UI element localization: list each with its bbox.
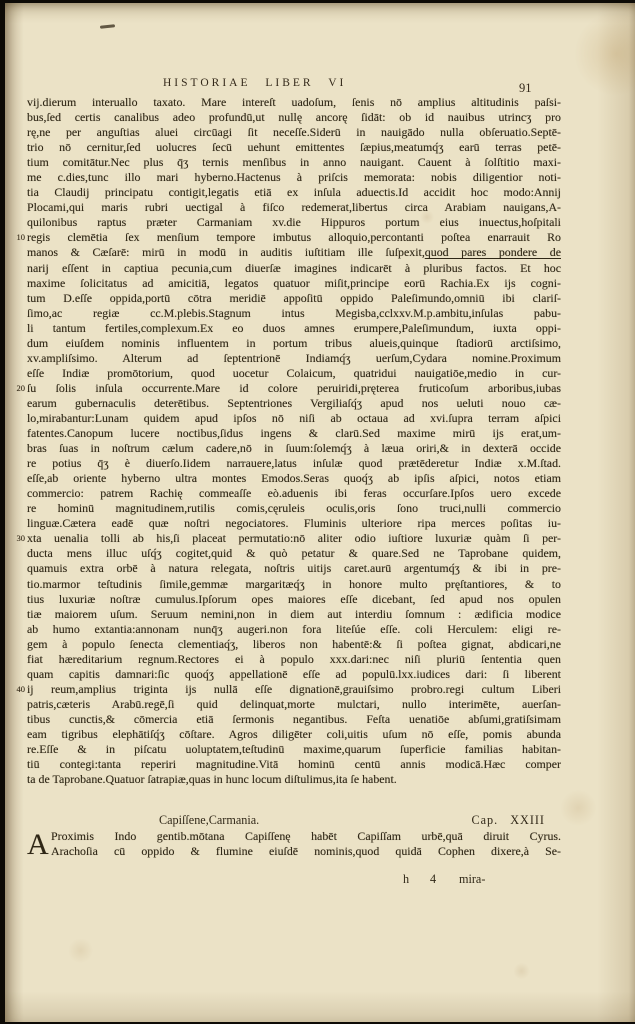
- body-line: maxime ſolicitatus ad amicitiā, legatos …: [27, 276, 561, 291]
- body-line: tum D.eſſe oppida,portū cōtra meridiē ap…: [27, 291, 561, 306]
- body-line: re hominū magnitudinem,rutilis comis,cęr…: [27, 501, 561, 516]
- margin-line-number: 30: [10, 531, 25, 546]
- header-title: HISTORIAE LIBER VI: [163, 77, 346, 89]
- body-line: patris,cæteris Arabū.regē,ſi quid delinq…: [27, 697, 561, 712]
- signature-row: h 4 mira-: [27, 872, 561, 887]
- body-line: tia Claudij principatu contigit,legatis …: [27, 185, 561, 200]
- chapter-line: Proximis Indo gentib.mōtana Capiſſenę ha…: [51, 829, 561, 844]
- body-line: vij.dierum interuallo taxato. Mare inter…: [27, 95, 561, 110]
- gathering-number: 4: [430, 872, 436, 887]
- page-number: 91: [519, 81, 532, 96]
- signature-mark: h: [403, 872, 409, 887]
- running-header: HISTORIAE LIBER VI 91: [5, 77, 635, 93]
- chapter-number-label: Cap. XXIII: [471, 813, 545, 828]
- chapter-line: Arachoſia cū oppido & flumine eiuſdē nom…: [51, 844, 561, 859]
- body-line: gem à populo ſenecta clementiaq́ʒ, liber…: [27, 637, 561, 652]
- body-line: bus,ſed certis canalibus adeo profundū,u…: [27, 110, 561, 125]
- body-line: xv.ampliſsimo. Alterum ad ſeptentrionē I…: [27, 351, 561, 366]
- margin-line-number: 40: [10, 682, 25, 697]
- chapter-heading-row: Capiſſene,Carmania. Cap. XXIII: [27, 813, 561, 828]
- body-line: lo,mirabantur:Lunam quidem apud ipſos nō…: [27, 411, 561, 426]
- chapter-text-block: A Proximis Indo gentib.mōtana Capiſſenę …: [27, 829, 561, 859]
- margin-line-number: 20: [10, 381, 25, 396]
- body-line: quamuis extra orbē à natura relegata, no…: [27, 561, 561, 576]
- page: HISTORIAE LIBER VI 91 vij.dierum interua…: [5, 3, 635, 1022]
- catchword: mira-: [459, 872, 485, 887]
- ink-smudge: [100, 24, 115, 29]
- body-line: dum eiuſdem nominis influentem in portum…: [27, 336, 561, 351]
- text-block: vij.dierum interuallo taxato. Mare inter…: [27, 95, 561, 787]
- body-line: commercio: patrem Rachię commeaſſe eò.ad…: [27, 486, 561, 501]
- body-line: eſſe Indiæ promōtorium, quod uocetur Col…: [27, 366, 561, 381]
- body-line: narij eſſent in captiua pecunia,cum diue…: [27, 261, 561, 276]
- body-line: tibus cunctis,& cōmercia etiā ſermonis n…: [27, 712, 561, 727]
- body-line: trio nō cernitur,ſed uolucres ſecū uehun…: [27, 140, 561, 155]
- body-line: Plocami,qui maris rubri uectigal à fiſco…: [27, 200, 561, 215]
- body-line: ij reum,amplius triginta ijs nullā eſſe …: [27, 682, 561, 697]
- chapter-title: Capiſſene,Carmania.: [159, 813, 259, 828]
- body-line: ta de Taprobane.Quatuor ſatrapiæ,quas in…: [27, 772, 561, 787]
- body-line: rę,ne per anguſtias aluei circūagi ſit n…: [27, 125, 561, 140]
- body-line: ſimo,ac regiæ cc.M.plebis.Stagnum intus …: [27, 306, 561, 321]
- body-line: ab humo extantia:annonam nunq̄ʒ augeri.n…: [27, 622, 561, 637]
- body-line: eam tigribus elephātiſq́ʒ cōſtare. Agros…: [27, 727, 561, 742]
- body-line: regis clemētia ſex menſium tempore imbut…: [27, 230, 561, 245]
- underlined-phrase: quod pares pondere de: [425, 245, 561, 259]
- body-line: fiat hæreditarium regnum.Rectores ei à p…: [27, 652, 561, 667]
- drop-cap: A: [27, 830, 49, 859]
- body-line: earum gubernaculis deterētibus. Septentr…: [27, 396, 561, 411]
- margin-line-number: 10: [10, 230, 25, 245]
- body-line: tium comitātur.Nec plus q̄ʒ ternis menſi…: [27, 155, 561, 170]
- body-line: re.Eſſe & in piſcatu uoluptatem,teſtudin…: [27, 742, 561, 757]
- body-line: ducta mens illuc uſq́ʒ cogitet,quid & qu…: [27, 546, 561, 561]
- body-line: bras ſuas in noſtrum cælum cadere,nō in …: [27, 441, 561, 456]
- book-scan: HISTORIAE LIBER VI 91 vij.dierum interua…: [0, 0, 635, 1024]
- body-line: tius luxuriæ noſtræ cumulus.Ipſorum opes…: [27, 592, 561, 607]
- body-line: quilonibus raptus præter Carmaniam xv.di…: [27, 215, 561, 230]
- body-line: me c.dies,tunc illo mari hyberno.Hactenu…: [27, 170, 561, 185]
- body-line: re potius q̄ʒ è diuerſo.Iidem narrauere,…: [27, 456, 561, 471]
- body-line: quam capitis damnari:ſic quoq́ʒ appellat…: [27, 667, 561, 682]
- body-line: li tantum fertiles,complexum.Ex eo duos …: [27, 321, 561, 336]
- body-line: tiū contegi:tanta reperiri magnitudine.V…: [27, 757, 561, 772]
- body-line: tiæ maiorem uſum. Seruum nemini,non in d…: [27, 607, 561, 622]
- body-line: xta uenalia tolli ab his,ſi placeat perm…: [27, 531, 561, 546]
- body-line: eſſe,ab oriente hyberno ultra montes Emo…: [27, 471, 561, 486]
- body-line: linguæ.Cætera eadē quæ noſtri negociator…: [27, 516, 561, 531]
- chapter-lines: Proximis Indo gentib.mōtana Capiſſenę ha…: [27, 829, 561, 859]
- body-line: manos & Cæſarē: mirū in modū in auditis …: [27, 245, 561, 260]
- body-line: tio.marmor teſtudinis ſimile,gemmæ marga…: [27, 577, 561, 592]
- body-line: ſu ſolis inſula occurrente.Mare id color…: [27, 381, 561, 396]
- body-line: fatentes.Canopum lucere noctibus,ſidus i…: [27, 426, 561, 441]
